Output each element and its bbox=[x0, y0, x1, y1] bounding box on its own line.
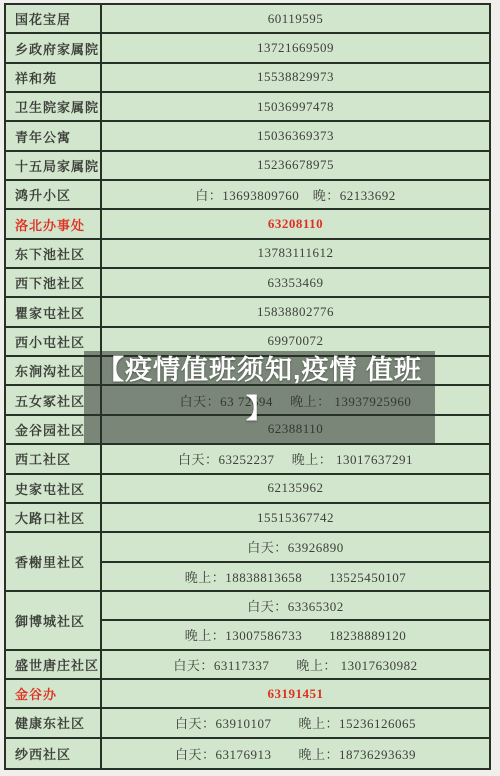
table-row: 国花宝居60119595 bbox=[6, 5, 489, 34]
table-row: 西工社区白天：63252237 晚上： 13017637291 bbox=[6, 445, 489, 474]
table-row: 洛北办事处63208110 bbox=[6, 210, 489, 239]
table-row: 香榭里社区白天：63926890晚上：18838813658 135254501… bbox=[6, 533, 489, 592]
phone-number: 15036369373 bbox=[102, 122, 489, 149]
table-row: 瞿家屯社区15838802776 bbox=[6, 298, 489, 327]
table-row: 金谷园社区62388110 bbox=[6, 416, 489, 445]
table-row: 史家屯社区62135962 bbox=[6, 475, 489, 504]
community-name: 西小屯社区 bbox=[6, 328, 102, 355]
community-name: 洛北办事处 bbox=[6, 210, 102, 237]
phone-number: 63191451 bbox=[102, 680, 489, 707]
table-row: 西下池社区63353469 bbox=[6, 269, 489, 298]
community-name: 金谷办 bbox=[6, 680, 102, 707]
community-name: 祥和苑 bbox=[6, 64, 102, 91]
table-row: 御博城社区白天：63365302晚上：13007586733 182388891… bbox=[6, 592, 489, 651]
community-name: 西下池社区 bbox=[6, 269, 102, 296]
community-name: 东涧沟社区 bbox=[6, 357, 102, 384]
phone-number: 62388110 bbox=[102, 416, 489, 443]
table-row: 健康东社区白天：63910107 晚上：15236126065 bbox=[6, 709, 489, 738]
phone-number bbox=[102, 357, 489, 384]
table-row: 大路口社区15515367742 bbox=[6, 504, 489, 533]
community-name: 纱西社区 bbox=[6, 739, 102, 768]
community-name: 青年公寓 bbox=[6, 122, 102, 149]
table-row: 东涧沟社区 bbox=[6, 357, 489, 386]
community-name: 健康东社区 bbox=[6, 709, 102, 736]
community-name: 国花宝居 bbox=[6, 5, 102, 32]
phone-number: 69970072 bbox=[102, 328, 489, 355]
community-name: 卫生院家属院 bbox=[6, 93, 102, 120]
phone-number: 63353469 bbox=[102, 269, 489, 296]
community-name: 史家屯社区 bbox=[6, 475, 102, 502]
table-row: 祥和苑15538829973 bbox=[6, 64, 489, 93]
phone-number: 白：13693809760 晚：62133692 bbox=[102, 181, 489, 208]
phone-number: 15538829973 bbox=[102, 64, 489, 91]
phone-number: 白天：63117337 晚上： 13017630982 bbox=[102, 651, 489, 678]
phone-number: 13783111612 bbox=[102, 240, 489, 267]
table-row: 青年公寓15036369373 bbox=[6, 122, 489, 151]
phone-number: 白天：63 72694 晚上： 13937925960 bbox=[102, 386, 489, 413]
community-name: 十五局家属院 bbox=[6, 152, 102, 179]
table-row: 鸿升小区白：13693809760 晚：62133692 bbox=[6, 181, 489, 210]
community-name: 御博城社区 bbox=[6, 592, 102, 649]
phone-number: 白天：63910107 晚上：15236126065 bbox=[102, 709, 489, 736]
community-name: 大路口社区 bbox=[6, 504, 102, 531]
phone-number: 15036997478 bbox=[102, 93, 489, 120]
table-row: 五女冢社区白天：63 72694 晚上： 13937925960 bbox=[6, 386, 489, 415]
phone-number: 白天：63252237 晚上： 13017637291 bbox=[102, 445, 489, 472]
phone-number: 白天：63176913 晚上：18736293639 bbox=[102, 739, 489, 768]
phone-number: 63208110 bbox=[102, 210, 489, 237]
phone-table: 国花宝居60119595乡政府家属院13721669509祥和苑15538829… bbox=[4, 3, 491, 770]
phone-cell: 白天：63365302晚上：13007586733 18238889120 bbox=[102, 592, 489, 649]
table-row: 盛世唐庄社区白天：63117337 晚上： 13017630982 bbox=[6, 651, 489, 680]
table-row: 东下池社区13783111612 bbox=[6, 240, 489, 269]
phone-night: 晚上：18838813658 13525450107 bbox=[102, 563, 489, 590]
phone-number: 13721669509 bbox=[102, 34, 489, 61]
community-name: 鸿升小区 bbox=[6, 181, 102, 208]
community-name: 东下池社区 bbox=[6, 240, 102, 267]
table-row: 乡政府家属院13721669509 bbox=[6, 34, 489, 63]
phone-number: 15236678975 bbox=[102, 152, 489, 179]
table-row: 卫生院家属院15036997478 bbox=[6, 93, 489, 122]
phone-cell: 白天：63926890晚上：18838813658 13525450107 bbox=[102, 533, 489, 590]
community-name: 盛世唐庄社区 bbox=[6, 651, 102, 678]
phone-number: 15838802776 bbox=[102, 298, 489, 325]
phone-number: 62135962 bbox=[102, 475, 489, 502]
phone-number: 15515367742 bbox=[102, 504, 489, 531]
phone-night: 晚上：13007586733 18238889120 bbox=[102, 621, 489, 648]
table-row: 纱西社区白天：63176913 晚上：18736293639 bbox=[6, 739, 489, 768]
community-name: 香榭里社区 bbox=[6, 533, 102, 590]
table-row: 西小屯社区69970072 bbox=[6, 328, 489, 357]
community-name: 瞿家屯社区 bbox=[6, 298, 102, 325]
community-name: 金谷园社区 bbox=[6, 416, 102, 443]
phone-number: 60119595 bbox=[102, 5, 489, 32]
table-row: 金谷办63191451 bbox=[6, 680, 489, 709]
phone-day: 白天：63365302 bbox=[102, 592, 489, 621]
table-row: 十五局家属院15236678975 bbox=[6, 152, 489, 181]
community-name: 西工社区 bbox=[6, 445, 102, 472]
community-name: 乡政府家属院 bbox=[6, 34, 102, 61]
phone-day: 白天：63926890 bbox=[102, 533, 489, 562]
community-name: 五女冢社区 bbox=[6, 386, 102, 413]
